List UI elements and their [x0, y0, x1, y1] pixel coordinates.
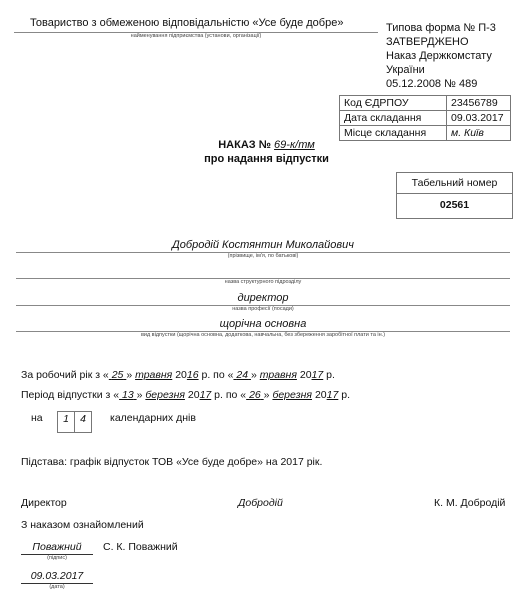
leave-to-year: 17: [327, 389, 339, 401]
days-digit: 4: [75, 411, 92, 433]
year-prefix: 20: [315, 389, 327, 401]
work-year-suffix: р.: [326, 369, 335, 381]
tab-number-value: 02561: [397, 194, 512, 218]
table-row: Дата складання 09.03.2017: [340, 111, 511, 126]
order-number: 69-к/тм: [274, 139, 315, 151]
ack-name: С. К. Поважний: [103, 541, 178, 553]
leave-period-prefix: Період відпустки з «: [21, 389, 119, 401]
order-subtitle: про надання відпустки: [150, 153, 383, 165]
organization-name: Товариство з обмеженою відповідальністю …: [30, 17, 343, 29]
order-title-prefix: НАКАЗ №: [218, 139, 271, 151]
days-digit: 1: [57, 411, 75, 433]
leave-period-line: Період відпустки з « 13 » березня 2017 р…: [21, 389, 350, 401]
leave-type-value: щорічна основна: [16, 318, 510, 330]
year-prefix: 20: [300, 369, 312, 381]
org-caption: найменування підприємства (установи, орг…: [14, 33, 378, 39]
work-year-line: За робочий рік з « 25 » травня 2016 р. п…: [21, 369, 335, 381]
edrpou-value: 23456789: [447, 96, 511, 111]
leave-type-caption: вид відпустки (щорічна основна, додатков…: [16, 332, 510, 338]
work-year-from-day: 25: [112, 369, 124, 381]
date-label: Дата складання: [340, 111, 447, 126]
leave-to-month: березня: [272, 389, 312, 401]
ack-signature-caption: (підпис): [21, 555, 93, 561]
work-year-mid: р. по «: [201, 369, 233, 381]
codes-table: Код ЄДРПОУ 23456789 Дата складання 09.03…: [339, 95, 511, 141]
signatory-signature: Добродій: [238, 497, 283, 509]
tab-number-box: Табельний номер 02561: [396, 172, 513, 219]
form-info: Типова форма № П-3 ЗАТВЕРДЖЕНО Наказ Дер…: [386, 21, 496, 91]
work-year-to-year: 17: [312, 369, 324, 381]
department-caption: назва структурного підрозділу: [16, 279, 510, 285]
acknowledgement-label: З наказом ознайомлений: [21, 519, 144, 531]
leave-to-day: 26: [249, 389, 261, 401]
year-prefix: 20: [188, 389, 200, 401]
work-year-to-day: 24: [236, 369, 248, 381]
days-prefix: на: [31, 412, 43, 424]
leave-from-month: березня: [145, 389, 185, 401]
year-prefix: 20: [175, 369, 187, 381]
ack-date-caption: (дата): [21, 584, 93, 590]
table-row: Код ЄДРПОУ 23456789: [340, 96, 511, 111]
form-line: Типова форма № П-3: [386, 21, 496, 35]
work-year-to-month: травня: [260, 369, 297, 381]
work-year-prefix: За робочий рік з «: [21, 369, 109, 381]
form-line: ЗАТВЕРДЖЕНО: [386, 35, 496, 49]
basis-text: Підстава: графік відпусток ТОВ «Усе буде…: [21, 456, 322, 468]
position-caption: назва професії (посади): [16, 306, 510, 312]
form-line: 05.12.2008 № 489: [386, 77, 496, 91]
edrpou-label: Код ЄДРПОУ: [340, 96, 447, 111]
ack-date: 09.03.2017: [21, 570, 93, 582]
position-value: директор: [16, 292, 510, 304]
leave-period-suffix: р.: [341, 389, 350, 401]
form-line: України: [386, 63, 496, 77]
form-line: Наказ Держкомстату: [386, 49, 496, 63]
leave-period-mid: р. по «: [214, 389, 246, 401]
ack-signature: Поважний: [21, 541, 93, 553]
leave-from-day: 13: [122, 389, 134, 401]
days-count-box: 1 4: [57, 411, 92, 433]
name-caption: (прізвище, ім'я, по батькові): [16, 253, 510, 259]
order-title: НАКАЗ № 69-к/тм: [150, 139, 383, 151]
tab-number-label: Табельний номер: [397, 173, 512, 194]
date-value: 09.03.2017: [447, 111, 511, 126]
place-value: м. Київ: [447, 126, 511, 141]
signatory-name: К. М. Добродій: [434, 497, 505, 509]
employee-name: Добродій Костянтин Миколайович: [16, 239, 510, 251]
work-year-from-month: травня: [135, 369, 172, 381]
leave-from-year: 17: [200, 389, 212, 401]
signatory-position: Директор: [21, 497, 67, 509]
work-year-from-year: 16: [187, 369, 199, 381]
days-suffix: календарних днів: [110, 412, 196, 424]
